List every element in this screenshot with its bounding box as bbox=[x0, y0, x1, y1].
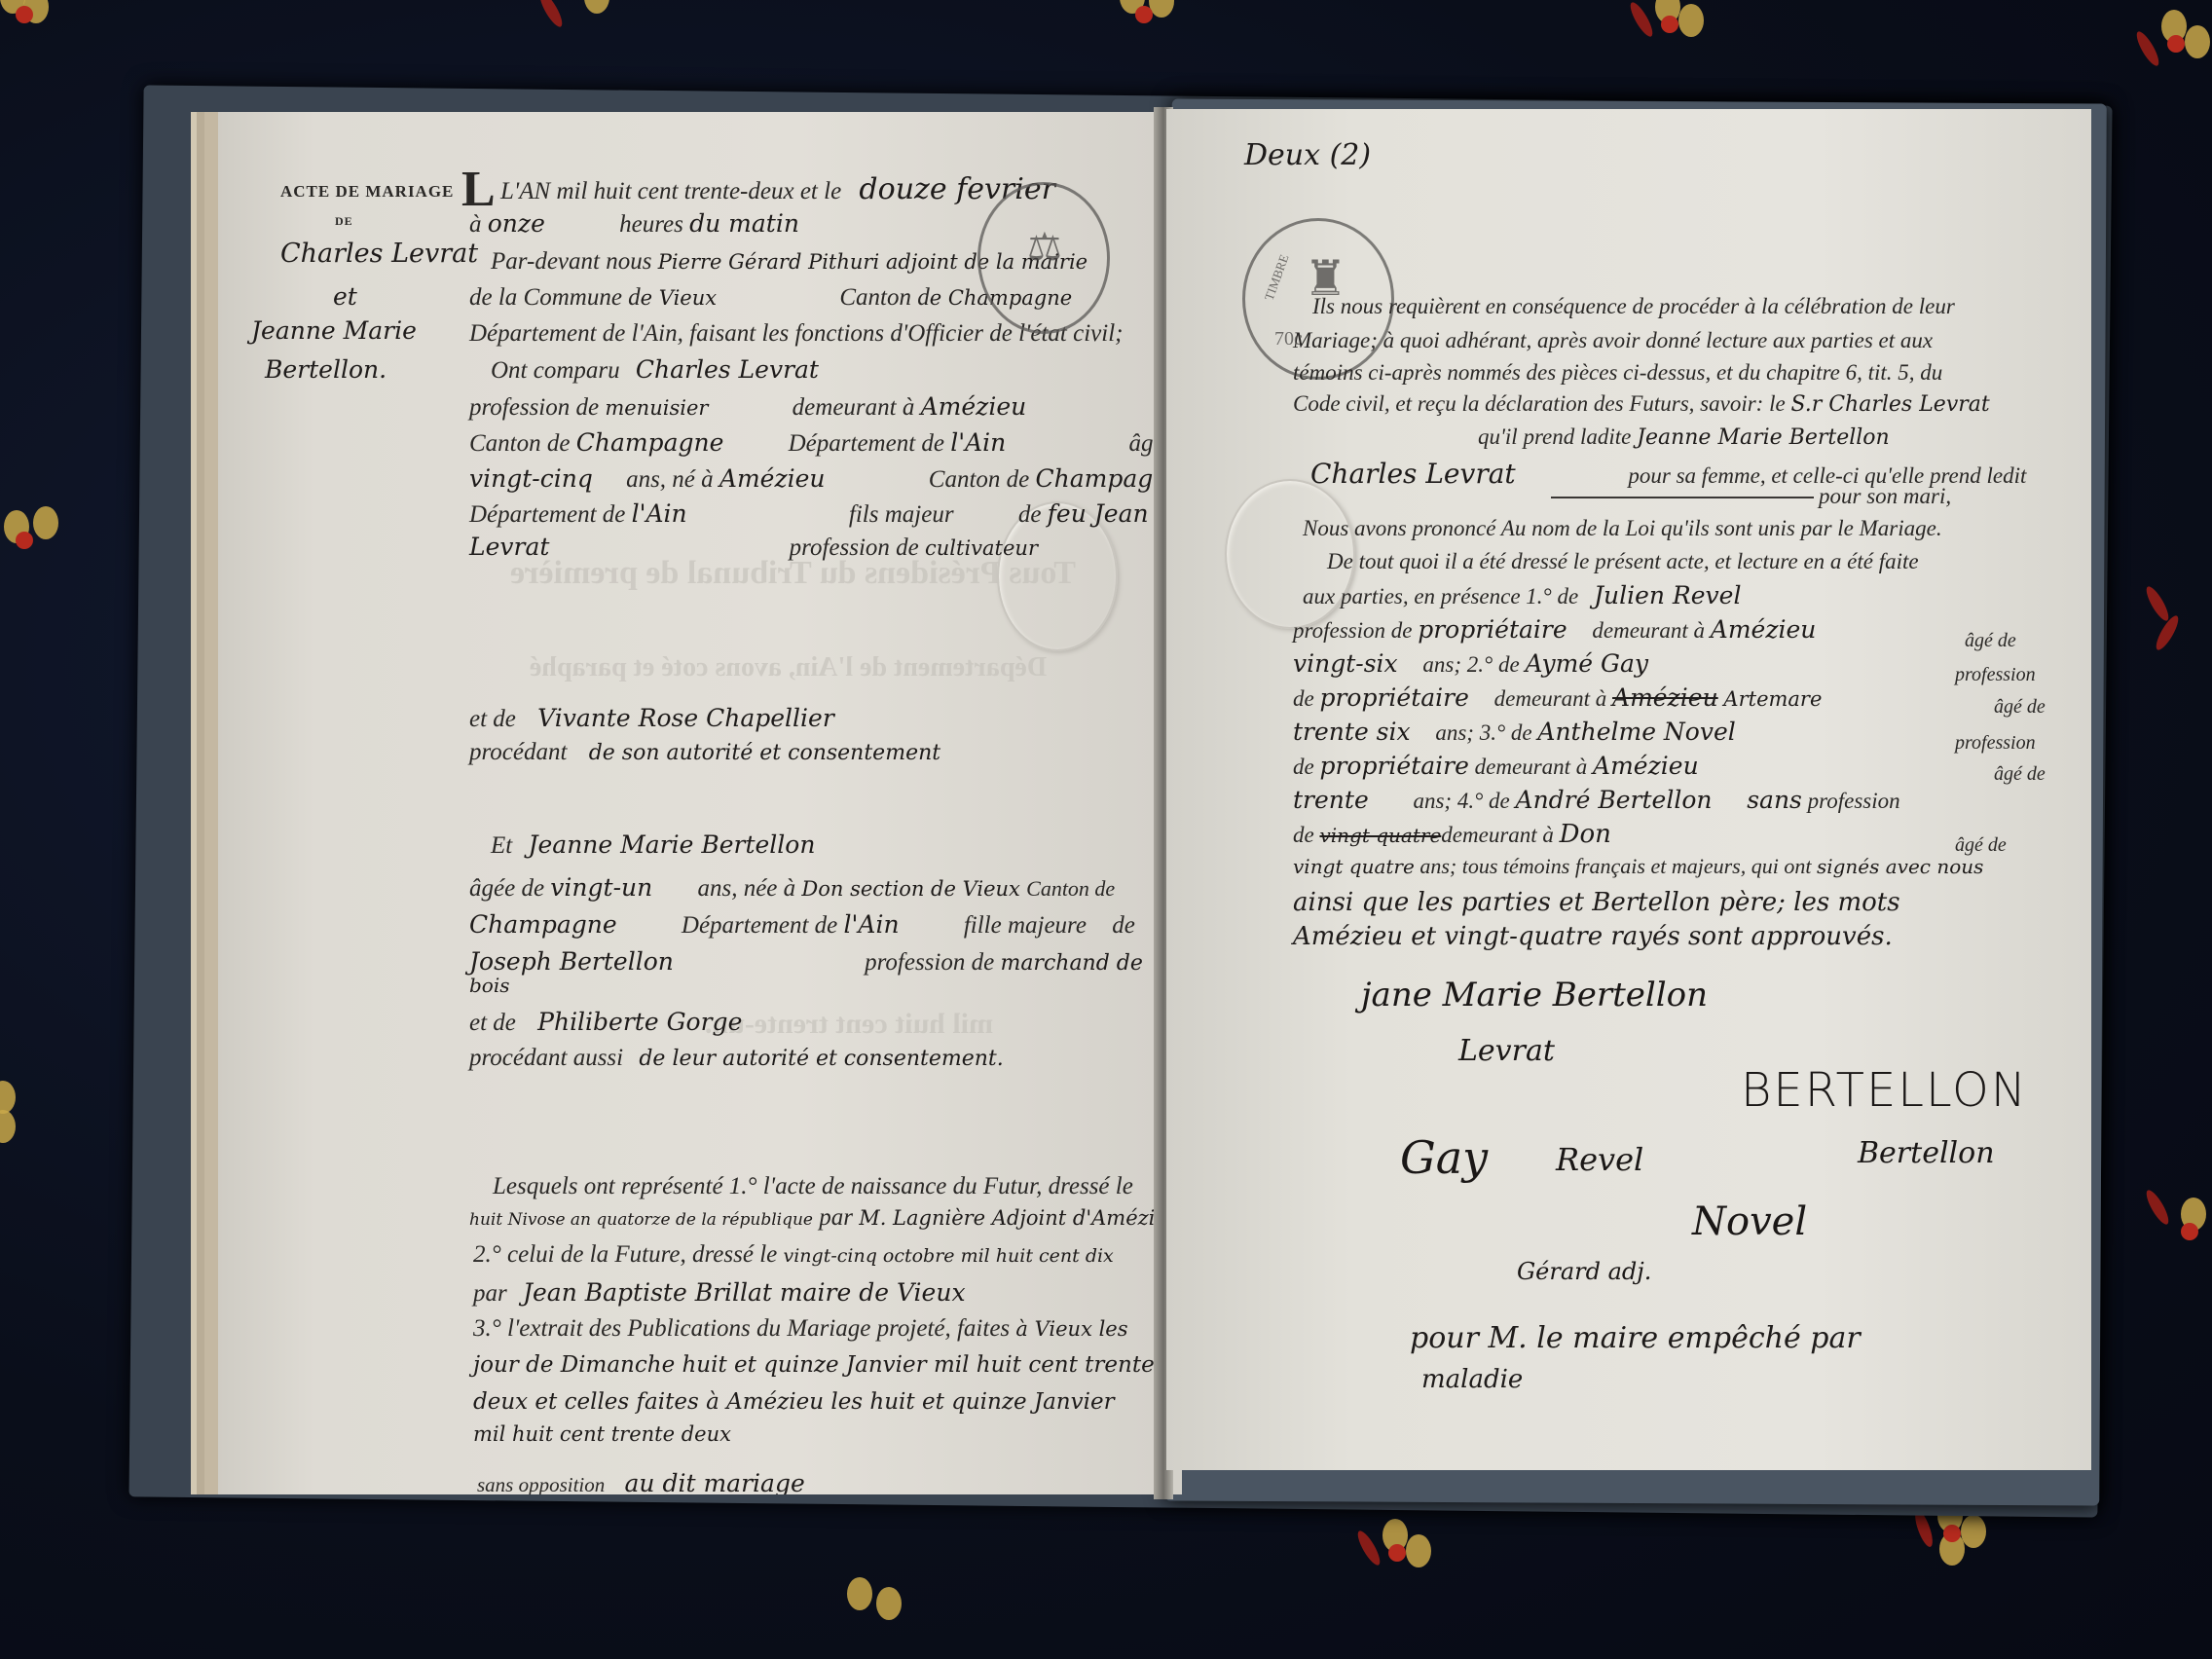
record-line: procédant de son autorité et consentemen… bbox=[469, 739, 940, 766]
handwritten-text: de son autorité et consentement bbox=[589, 741, 940, 765]
handwritten-hour: onze bbox=[488, 209, 545, 238]
handwritten-father: feu Jean bbox=[1048, 499, 1149, 528]
handwritten-text: M. Lagnière Adjoint d'Amézieu bbox=[859, 1206, 1180, 1230]
record-line: à onze heures du matin bbox=[469, 209, 799, 239]
handwritten-profession: menuisier bbox=[605, 396, 708, 420]
record-line: de vingt quatredemeurant à Don bbox=[1293, 820, 1611, 849]
printed-text: profession de bbox=[469, 394, 599, 421]
record-line: âgée de vingt-un ans, née à Don section … bbox=[469, 873, 1115, 903]
printed-text: Canton de bbox=[929, 466, 1029, 493]
handwritten-birthplace: Amézieu bbox=[719, 464, 826, 493]
struck-text: Amézieu bbox=[1612, 683, 1718, 712]
embroidered-flower-icon bbox=[1636, 0, 1704, 58]
handwritten-age: vingt quatre bbox=[1293, 855, 1415, 878]
record-line: Ont comparu Charles Levrat bbox=[491, 355, 819, 385]
corner-note: Deux (2) bbox=[1244, 138, 1371, 172]
printed-text: de bbox=[1293, 823, 1314, 847]
printed-text: profession de bbox=[1293, 618, 1412, 643]
printed-text: par bbox=[819, 1204, 853, 1231]
handwritten-text: jour de Dimanche huit et quinze Janvier … bbox=[473, 1352, 1155, 1378]
printed-text: témoins ci-après nommés des pièces ci-de… bbox=[1293, 360, 1942, 386]
printed-text: fils majeur bbox=[849, 501, 954, 528]
printed-text: profession de bbox=[790, 535, 919, 561]
struck-text: vingt quatre bbox=[1319, 824, 1441, 847]
printed-text: Canton d bbox=[839, 284, 929, 311]
embroidered-flower-icon bbox=[0, 1081, 49, 1149]
printed-text: ans, né à bbox=[626, 466, 714, 493]
printed-text: ans, née à bbox=[697, 875, 795, 902]
record-line: 3.° l'extrait des Publications du Mariag… bbox=[473, 1315, 1128, 1343]
embroidered-flower-icon bbox=[837, 1577, 905, 1645]
printed-text: Canton de bbox=[1026, 876, 1115, 901]
handwritten-text: vingt-cinq octobre mil huit cent dix bbox=[783, 1245, 1113, 1267]
printed-text: profession de bbox=[865, 949, 994, 976]
printed-text: Ils nous requièrent en conséquence de pr… bbox=[1312, 294, 1955, 319]
record-line: vingt-cinq ans, né à Amézieu Canton de C… bbox=[469, 464, 1182, 494]
handwritten-witness-3: Anthelme Novel bbox=[1537, 718, 1735, 746]
record-line: L'AN mil huit cent trente-deux et le dou… bbox=[500, 172, 1055, 206]
right-page: Deux (2) TIMBRE 70c ♜ Ils nous requièren… bbox=[1166, 109, 2091, 1470]
printed-text: et de bbox=[469, 1010, 516, 1036]
handwritten-text: Jean Baptiste Brillat maire de Vieux bbox=[523, 1278, 966, 1307]
record-line: Levrat profession de cultivateur bbox=[469, 533, 1038, 562]
handwritten-residence: Artemare bbox=[1723, 687, 1822, 711]
handwritten-profession: cultivateur bbox=[925, 536, 1038, 560]
signature-gay: Gay bbox=[1400, 1131, 1488, 1184]
embroidered-flower-icon bbox=[1110, 0, 1178, 49]
printed-text: âgé de bbox=[1994, 696, 2046, 719]
handwritten-profession: propriétaire bbox=[1319, 683, 1468, 712]
printed-text: procédant bbox=[469, 739, 567, 765]
record-line: Joseph Bertellon profession de marchand … bbox=[469, 947, 1143, 977]
handwritten-text: l'Ain bbox=[844, 910, 900, 939]
handwritten-bride: Jeanne Marie Bertellon bbox=[528, 830, 815, 859]
printed-text: Code civil, et reçu la déclaration des F… bbox=[1293, 391, 1786, 416]
printed-text: Nous avons prononcé Au nom de la Loi qu'… bbox=[1303, 516, 1942, 541]
handwritten-profession: marchand de bbox=[1000, 951, 1142, 976]
printed-text: qu'il prend ladite bbox=[1478, 424, 1631, 449]
record-line: Et Jeanne Marie Bertellon bbox=[491, 830, 815, 860]
printed-text: Département de bbox=[469, 501, 625, 528]
left-page: Tous Présidens du Tribunal de première D… bbox=[204, 112, 1182, 1494]
signature-bride: jane Marie Bertellon bbox=[1361, 976, 1708, 1014]
printed-text: âgé de bbox=[1965, 630, 2016, 652]
handwritten-age: vingt-six bbox=[1293, 649, 1398, 678]
handwritten-groom: Charles Levrat bbox=[1310, 458, 1516, 490]
record-line: par Jean Baptiste Brillat maire de Vieux bbox=[473, 1278, 966, 1308]
embroidered-flower-icon bbox=[2142, 1188, 2210, 1256]
printed-text: Ont comparu bbox=[491, 357, 620, 384]
handwritten-profession: propriétaire bbox=[1418, 615, 1567, 644]
printed-text: de la Commune d bbox=[469, 284, 641, 311]
handwritten-text: Levrat bbox=[469, 533, 549, 561]
bleed-through-text: Département de l'Ain, avons coté et para… bbox=[530, 652, 1047, 683]
closing-note: maladie bbox=[1421, 1365, 1523, 1394]
closing-note: pour M. le maire empêché par bbox=[1410, 1321, 1861, 1355]
signature-bertellon: Bertellon bbox=[1858, 1136, 1995, 1170]
handwritten-text: sans bbox=[1747, 786, 1802, 814]
stamp-label: TIMBRE bbox=[1262, 252, 1293, 303]
printed-text: 3.° l'extrait des Publications du Mariag… bbox=[473, 1315, 1010, 1342]
handwritten-text: de leur autorité et consentement. bbox=[639, 1047, 1003, 1071]
printed-text: demeurant à bbox=[1592, 618, 1705, 643]
embroidered-flower-icon bbox=[2142, 584, 2210, 652]
tax-stamp-seal: ⚖ bbox=[977, 182, 1110, 334]
margin-bride-surname: Bertellon. bbox=[265, 355, 387, 384]
record-line: huit Nivose an quatorze de la république… bbox=[469, 1204, 1180, 1232]
handwritten-witness-1: Julien Revel bbox=[1594, 581, 1742, 609]
handwritten-text: Champagne bbox=[576, 428, 724, 457]
record-line: vingt quatre ans; tous témoins français … bbox=[1293, 854, 1983, 879]
printed-text: Département de bbox=[682, 912, 837, 939]
printed-text: de bbox=[1018, 501, 1042, 528]
record-line: 2.° celui de la Future, dressé le vingt-… bbox=[473, 1241, 1114, 1269]
handwritten-mother: Vivante Rose Chapellier bbox=[537, 704, 834, 732]
handwritten-father: Joseph Bertellon bbox=[469, 947, 674, 976]
record-line: Code civil, et reçu la déclaration des F… bbox=[1293, 391, 1990, 417]
bleed-through-text: mil huit cent trente-un. bbox=[705, 1008, 993, 1041]
record-line: Lesquels ont représenté 1.° l'acte de na… bbox=[493, 1173, 1133, 1200]
printed-text: demeurant à bbox=[793, 394, 915, 421]
record-line: procédant aussi de leur autorité et cons… bbox=[469, 1045, 1004, 1072]
printed-text: ans; 3.° de bbox=[1435, 720, 1531, 745]
handwritten-birthplace: Don section de Vieux bbox=[801, 877, 1020, 901]
record-line: Département de l'Ain fils majeur de feu … bbox=[469, 499, 1149, 529]
handwritten-residence: Amézieu bbox=[921, 392, 1027, 421]
handwritten-text: l'Ain bbox=[632, 499, 687, 528]
embroidered-flower-icon bbox=[1363, 1519, 1431, 1587]
handwritten-residence: Amézieu bbox=[1711, 615, 1817, 644]
handwritten-text: Amézieu et vingt-quatre rayés sont appro… bbox=[1293, 922, 1893, 951]
act-title: ACTE DE MARIAGE bbox=[280, 182, 454, 202]
margin-groom-name: Charles Levrat bbox=[280, 239, 478, 269]
signature-bertellon-caps: BERTELLON bbox=[1741, 1063, 2028, 1118]
printed-text: Lesquels ont représenté 1.° l'acte de na… bbox=[493, 1173, 1133, 1199]
printed-text: profession bbox=[1955, 732, 2036, 755]
signature-officer: Gérard adj. bbox=[1517, 1258, 1651, 1285]
printed-text: profession bbox=[1955, 664, 2036, 686]
act-title-de: DE bbox=[335, 214, 353, 229]
embroidered-flower-icon bbox=[0, 506, 68, 574]
handwritten-mother: Philiberte Gorge bbox=[537, 1008, 742, 1036]
record-line: vingt-six ans; 2.° de Aymé Gay bbox=[1293, 649, 1648, 678]
printed-text: De tout quoi il a été dressé le présent … bbox=[1327, 549, 1919, 574]
handwritten-commune: e Vieux bbox=[641, 286, 717, 310]
handwritten-text: à Vieux les bbox=[1015, 1317, 1127, 1341]
printed-text: Canton de bbox=[469, 430, 570, 457]
record-line: de la Commune de Vieux Canton de Champag… bbox=[469, 284, 1072, 312]
signature-novel: Novel bbox=[1692, 1199, 1807, 1244]
record-line: sans opposition au dit mariage bbox=[477, 1469, 805, 1494]
record-line: Champagne Département de l'Ain fille maj… bbox=[469, 910, 1135, 940]
record-line: aux parties, en présence 1.° de Julien R… bbox=[1303, 581, 1741, 609]
printed-text: âgée de bbox=[469, 875, 544, 902]
printed-text: 2.° celui de la Future, dressé le bbox=[473, 1241, 777, 1268]
printed-text: procédant aussi bbox=[469, 1045, 623, 1071]
printed-text: demeurant à bbox=[1494, 686, 1607, 711]
record-line: et de Philiberte Gorge bbox=[469, 1008, 742, 1037]
handwritten-residence: Amézieu bbox=[1593, 752, 1699, 780]
printed-text: pour son mari, bbox=[1819, 484, 1951, 509]
printed-text: Et bbox=[491, 832, 512, 859]
embroidered-flower-icon bbox=[2142, 10, 2210, 78]
record-line: trente ans; 4.° de André Bertellon sans … bbox=[1293, 786, 1900, 814]
printed-text: Par-devant nous bbox=[491, 248, 651, 275]
printed-text: Mariage; à quoi adhérant, après avoir do… bbox=[1293, 328, 1933, 353]
margin-bride-name: Jeanne Marie bbox=[251, 316, 417, 345]
handwritten-residence: Don bbox=[1560, 820, 1611, 849]
handwritten-witness-2: Aymé Gay bbox=[1525, 649, 1648, 678]
record-line: profession de propriétaire demeurant à A… bbox=[1293, 615, 1816, 644]
record-line: de propriétaire demeurant à Amézieu Arte… bbox=[1293, 683, 1822, 712]
handwritten-text: bois bbox=[469, 974, 510, 997]
handwritten-age: vingt-cinq bbox=[469, 464, 593, 493]
handwritten-age: trente bbox=[1293, 786, 1369, 814]
record-line: profession de menuisier demeurant à Améz… bbox=[469, 392, 1026, 422]
signature-groom: Levrat bbox=[1458, 1034, 1555, 1068]
printed-text: demeurant à bbox=[1441, 823, 1554, 847]
printed-text: âgé de bbox=[1994, 763, 2046, 786]
signature-revel: Revel bbox=[1556, 1141, 1643, 1178]
handwritten-age: vingt-un bbox=[550, 873, 652, 902]
handwritten-age: trente six bbox=[1293, 718, 1411, 746]
handwritten-text: au dit mariage bbox=[625, 1469, 805, 1494]
printed-text: heures bbox=[619, 211, 683, 238]
handwritten-text: mil huit cent trente deux bbox=[473, 1422, 731, 1446]
handwritten-text: ainsi que les parties et Bertellon père;… bbox=[1293, 888, 1900, 917]
printed-text: ans; 4.° de bbox=[1413, 789, 1509, 813]
printed-text: ans; 2.° de bbox=[1422, 652, 1519, 677]
handwritten-text: deux et celles faites à Amézieu les huit… bbox=[473, 1389, 1115, 1415]
printed-text: de bbox=[1293, 755, 1314, 779]
printed-text: de bbox=[1293, 686, 1314, 711]
record-line: trente six ans; 3.° de Anthelme Novel bbox=[1293, 718, 1736, 746]
embroidered-flower-icon bbox=[0, 0, 58, 49]
printed-text: ans; tous témoins français et majeurs, q… bbox=[1419, 854, 1811, 878]
margin-et: et bbox=[333, 282, 357, 311]
printed-text: fille majeure bbox=[964, 912, 1087, 939]
blank-rule bbox=[1551, 497, 1814, 498]
printed-text: et de bbox=[469, 706, 516, 732]
printed-text: sans opposition bbox=[477, 1473, 605, 1494]
handwritten-groom: S.r Charles Levrat bbox=[1790, 392, 1989, 417]
printed-text: L'AN mil huit cent trente-deux et le bbox=[500, 178, 841, 204]
handwritten-groom: Charles Levrat bbox=[636, 355, 819, 384]
handwritten-witness-4: André Bertellon bbox=[1516, 786, 1713, 814]
printed-text: demeurant à bbox=[1475, 755, 1588, 779]
printed-text: par bbox=[473, 1280, 507, 1307]
handwritten-text: Champagne bbox=[469, 910, 617, 939]
handwritten-bride: Jeanne Marie Bertellon bbox=[1637, 425, 1890, 450]
printed-text: profession bbox=[1808, 789, 1900, 813]
printed-text: Département de bbox=[789, 430, 944, 457]
handwritten-text: signés avec nous bbox=[1817, 855, 1983, 878]
printed-text: à bbox=[469, 211, 482, 238]
embroidered-flower-icon bbox=[545, 0, 613, 39]
handwritten-text: l'Ain bbox=[950, 428, 1006, 457]
record-line: et de Vivante Rose Chapellier bbox=[469, 704, 834, 733]
record-line: Canton de Champagne Département de l'Ain… bbox=[469, 428, 1182, 458]
handwritten-text: huit Nivose an quatorze de la république bbox=[469, 1210, 813, 1230]
record-line: qu'il prend ladite Jeanne Marie Bertello… bbox=[1478, 424, 1890, 450]
printed-text: aux parties, en présence 1.° de bbox=[1303, 584, 1578, 608]
printed-text: de bbox=[1112, 912, 1135, 939]
record-line: de propriétaire demeurant à Amézieu bbox=[1293, 752, 1699, 780]
handwritten-text: du matin bbox=[689, 209, 799, 238]
handwritten-profession: propriétaire bbox=[1319, 752, 1468, 780]
